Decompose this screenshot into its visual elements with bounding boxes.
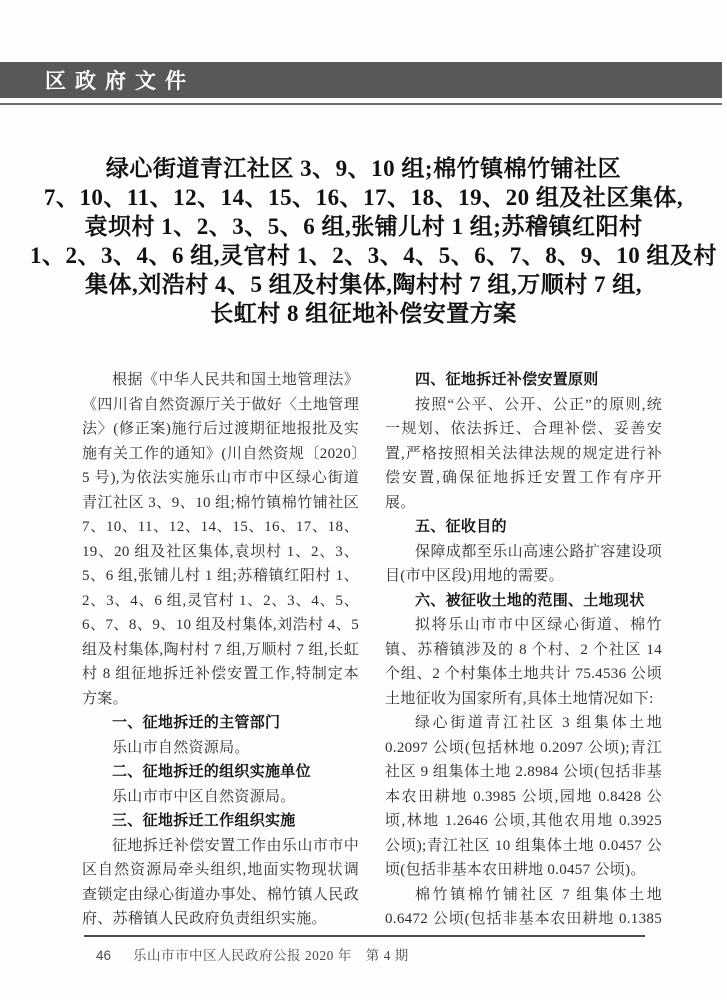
body-paragraph: 征地拆迁补偿安置工作由乐山市市中区自然资源局牵头组织,地面实物现状调查锁定由绿心… xyxy=(82,834,359,932)
body-paragraph: 乐山市市中区自然资源局。 xyxy=(82,785,359,810)
footer-page-number: 46 xyxy=(96,948,111,963)
document-title-line: 袁坝村 1、2、3、5、6 组,张铺儿村 1 组;苏稽镇红阳村 xyxy=(30,212,697,241)
document-body: 根据《中华人民共和国土地管理法》《四川省自然资源厅关于做好〈土地管理法〉(修正案… xyxy=(82,368,662,934)
footer-publication-title: 乐山市市中区人民政府公报 2020 年 第 4 期 xyxy=(133,944,409,964)
section-banner-label: 区政府文件 xyxy=(45,65,195,95)
footer: 46 乐山市市中区人民政府公报 2020 年 第 4 期 xyxy=(96,944,656,964)
body-paragraph: 按照“公平、公开、公正”的原则,统一规划、依法拆迁、合理补偿、妥善安置,严格按照… xyxy=(385,393,662,516)
section-heading: 六、被征收土地的范围、土地现状 xyxy=(385,589,662,614)
footer-rule xyxy=(84,935,645,937)
document-title-line: 集体,刘浩村 4、5 组及村集体,陶村村 7 组,万顺村 7 组, xyxy=(30,270,697,299)
section-heading: 四、征地拆迁补偿安置原则 xyxy=(385,368,662,393)
banner-underline-rule xyxy=(0,103,722,105)
left-column: 根据《中华人民共和国土地管理法》《四川省自然资源厅关于做好〈土地管理法〉(修正案… xyxy=(82,368,359,934)
right-column: 四、征地拆迁补偿安置原则按照“公平、公开、公正”的原则,统一规划、依法拆迁、合理… xyxy=(385,368,662,934)
document-title-line: 长虹村 8 组征地补偿安置方案 xyxy=(30,299,697,328)
body-paragraph: 根据《中华人民共和国土地管理法》《四川省自然资源厅关于做好〈土地管理法〉(修正案… xyxy=(82,368,359,711)
body-paragraph: 绿心街道青江社区 3 组集体土地 0.2097 公顷(包括林地 0.2097 公… xyxy=(385,711,662,883)
body-paragraph: 保障成都至乐山高速公路扩容建设项目(市中区段)用地的需要。 xyxy=(385,540,662,589)
body-paragraph: 拟将乐山市市中区绿心街道、棉竹镇、苏稽镇涉及的 8 个村、2 个社区 14 个组… xyxy=(385,613,662,711)
section-heading: 五、征收目的 xyxy=(385,515,662,540)
section-heading: 三、征地拆迁工作组织实施 xyxy=(82,809,359,834)
document-title-line: 1、2、3、4、6 组,灵官村 1、2、3、4、5、6、7、8、9、10 组及村 xyxy=(30,241,697,270)
section-heading: 一、征地拆迁的主管部门 xyxy=(82,711,359,736)
document-title: 绿心街道青江社区 3、9、10 组;棉竹镇棉竹铺社区7、10、11、12、14、… xyxy=(30,154,697,328)
gazette-page: 区政府文件 绿心街道青江社区 3、9、10 组;棉竹镇棉竹铺社区7、10、11、… xyxy=(0,0,727,1000)
body-paragraph: 棉竹镇棉竹铺社区 7 组集体土地 0.6472 公顷(包括非基本农田耕地 0.1… xyxy=(385,883,662,935)
body-paragraph: 乐山市自然资源局。 xyxy=(82,736,359,761)
document-title-line: 7、10、11、12、14、15、16、17、18、19、20 组及社区集体, xyxy=(30,183,697,212)
section-banner: 区政府文件 xyxy=(0,62,722,98)
section-heading: 二、征地拆迁的组织实施单位 xyxy=(82,760,359,785)
document-title-line: 绿心街道青江社区 3、9、10 组;棉竹镇棉竹铺社区 xyxy=(30,154,697,183)
